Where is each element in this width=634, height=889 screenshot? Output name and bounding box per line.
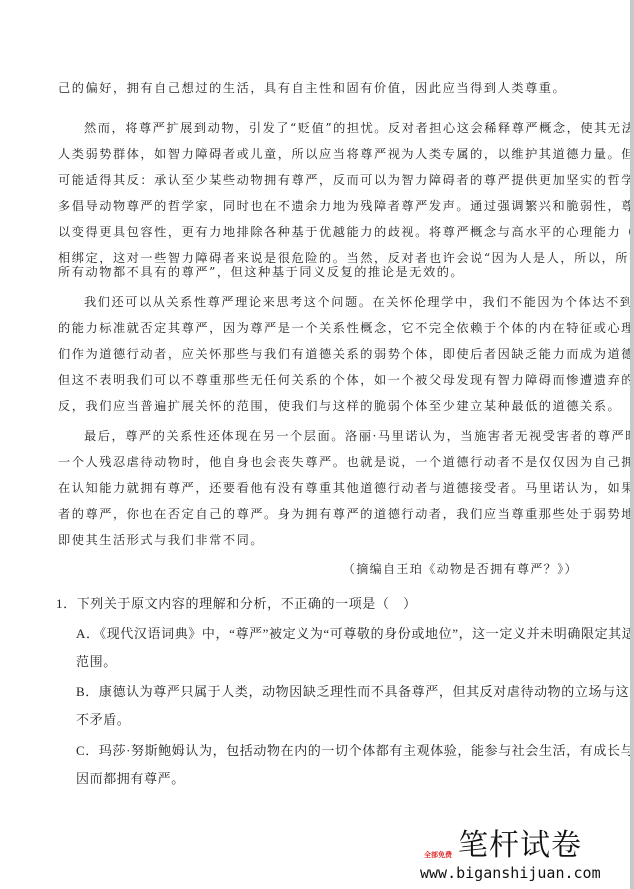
source-citation: （摘编自王珀《动物是否拥有尊严？》） <box>343 560 578 577</box>
option-label: B． <box>76 684 99 699</box>
passage-line: 人类弱势群体，如智力障碍者或儿童，所以应当将尊严视为人类专属的，以维护其道德力量… <box>58 146 578 162</box>
passage-line: 以变得更具包容性，更有力地排除各种基于优越能力的歧视。将尊严概念与高水平的心理能… <box>58 224 578 240</box>
option-b-line2: 不矛盾。 <box>76 712 130 728</box>
passage-line: 一个人残忍虐待动物时，他自身也会丧失尊严。也就是说，一个道德行动者不是仅仅因为自… <box>58 454 578 470</box>
option-a-line1: A．《现代汉语词典》中，“尊严”被定义为“可尊敬的身份或地位”，这一定义并未明确… <box>76 626 634 642</box>
watermark-logo: 全部免费 笔杆试卷 www.biganshijuan.com <box>420 826 620 886</box>
passage-line: 者的尊严，你也在否定自己的尊严。身为拥有尊严的道德行动者，我们应当尊重那些处于弱… <box>58 506 578 522</box>
watermark-title: 笔杆试卷 <box>458 830 582 862</box>
option-c-line2: 因而都拥有尊严。 <box>76 771 185 787</box>
passage-line: 即使其生活形式与我们非常不同。 <box>58 532 578 548</box>
passage-line: 最后，尊严的关系性还体现在另一个层面。洛丽·马里诺认为，当施害者无视受害者的尊严… <box>84 428 604 444</box>
passage-line: 我们还可以从关系性尊严理论来思考这个问题。在关怀伦理学中，我们不能因为个体达不到… <box>84 294 604 310</box>
passage-line: 反，我们应当普遍扩展关怀的范围，使我们与这样的脆弱个体至少建立某种最低的道德关系… <box>58 398 578 414</box>
option-b-line1: B．康德认为尊严只属于人类，动物因缺乏理性而不具备尊严，但其反对虐待动物的立场与… <box>76 684 634 700</box>
passage-line: 可能适得其反：承认至少某些动物拥有尊严，反而可以为智力障碍者的尊严提供更加坚实的… <box>58 172 578 188</box>
passage-line: 多倡导动物尊严的哲学家，同时也在不遗余力地为残障者尊严发声。通过强调繁兴和脆弱性… <box>58 198 578 214</box>
page-edge-scrollbar <box>630 0 634 889</box>
option-a-line2: 范围。 <box>76 654 117 670</box>
passage-line: 但这不表明我们可以不尊重那些无任何关系的个体，如一个被父母发现有智力障碍而惨遭遗… <box>58 372 578 388</box>
option-c-line1: C．玛莎·努斯鲍姆认为，包括动物在内的一切个体都有主观体验，能参与社会生活，有成… <box>76 743 634 759</box>
watermark-free-tag: 全部免费 <box>424 850 452 860</box>
passage-line: 己的偏好，拥有自己想过的生活，具有自主性和固有价值，因此应当得到人类尊重。 <box>58 80 578 96</box>
passage-line: 们作为道德行动者，应关怀那些与我们有道德关系的弱势个体，即使后者因缺乏能力而成为… <box>58 346 578 362</box>
passage-line: 然而，将尊严扩展到动物，引发了“贬值”的担忧。反对者担心这会稀释尊严概念，使其无… <box>84 120 604 136</box>
document-page: 己的偏好，拥有自己想过的生活，具有自主性和固有价值，因此应当得到人类尊重。 然而… <box>0 0 630 889</box>
option-label: C． <box>76 743 99 758</box>
passage-line: 的能力标准就否定其尊严，因为尊严是一个关系性概念，它不完全依赖于个体的内在特征或… <box>58 320 578 336</box>
passage-line: 在认知能力就拥有尊严，还要看他有没有尊重其他道德行动者与道德接受者。马里诺认为，… <box>58 480 578 496</box>
option-label: A． <box>76 626 100 641</box>
passage-line: 所有动物都不具有的尊严”，但这种基于同义反复的推论是无效的。 <box>58 264 578 280</box>
question-stem: 1．下列关于原文内容的理解和分析，不正确的一项是（ ） <box>56 596 417 612</box>
watermark-url: www.biganshijuan.com <box>420 864 601 882</box>
